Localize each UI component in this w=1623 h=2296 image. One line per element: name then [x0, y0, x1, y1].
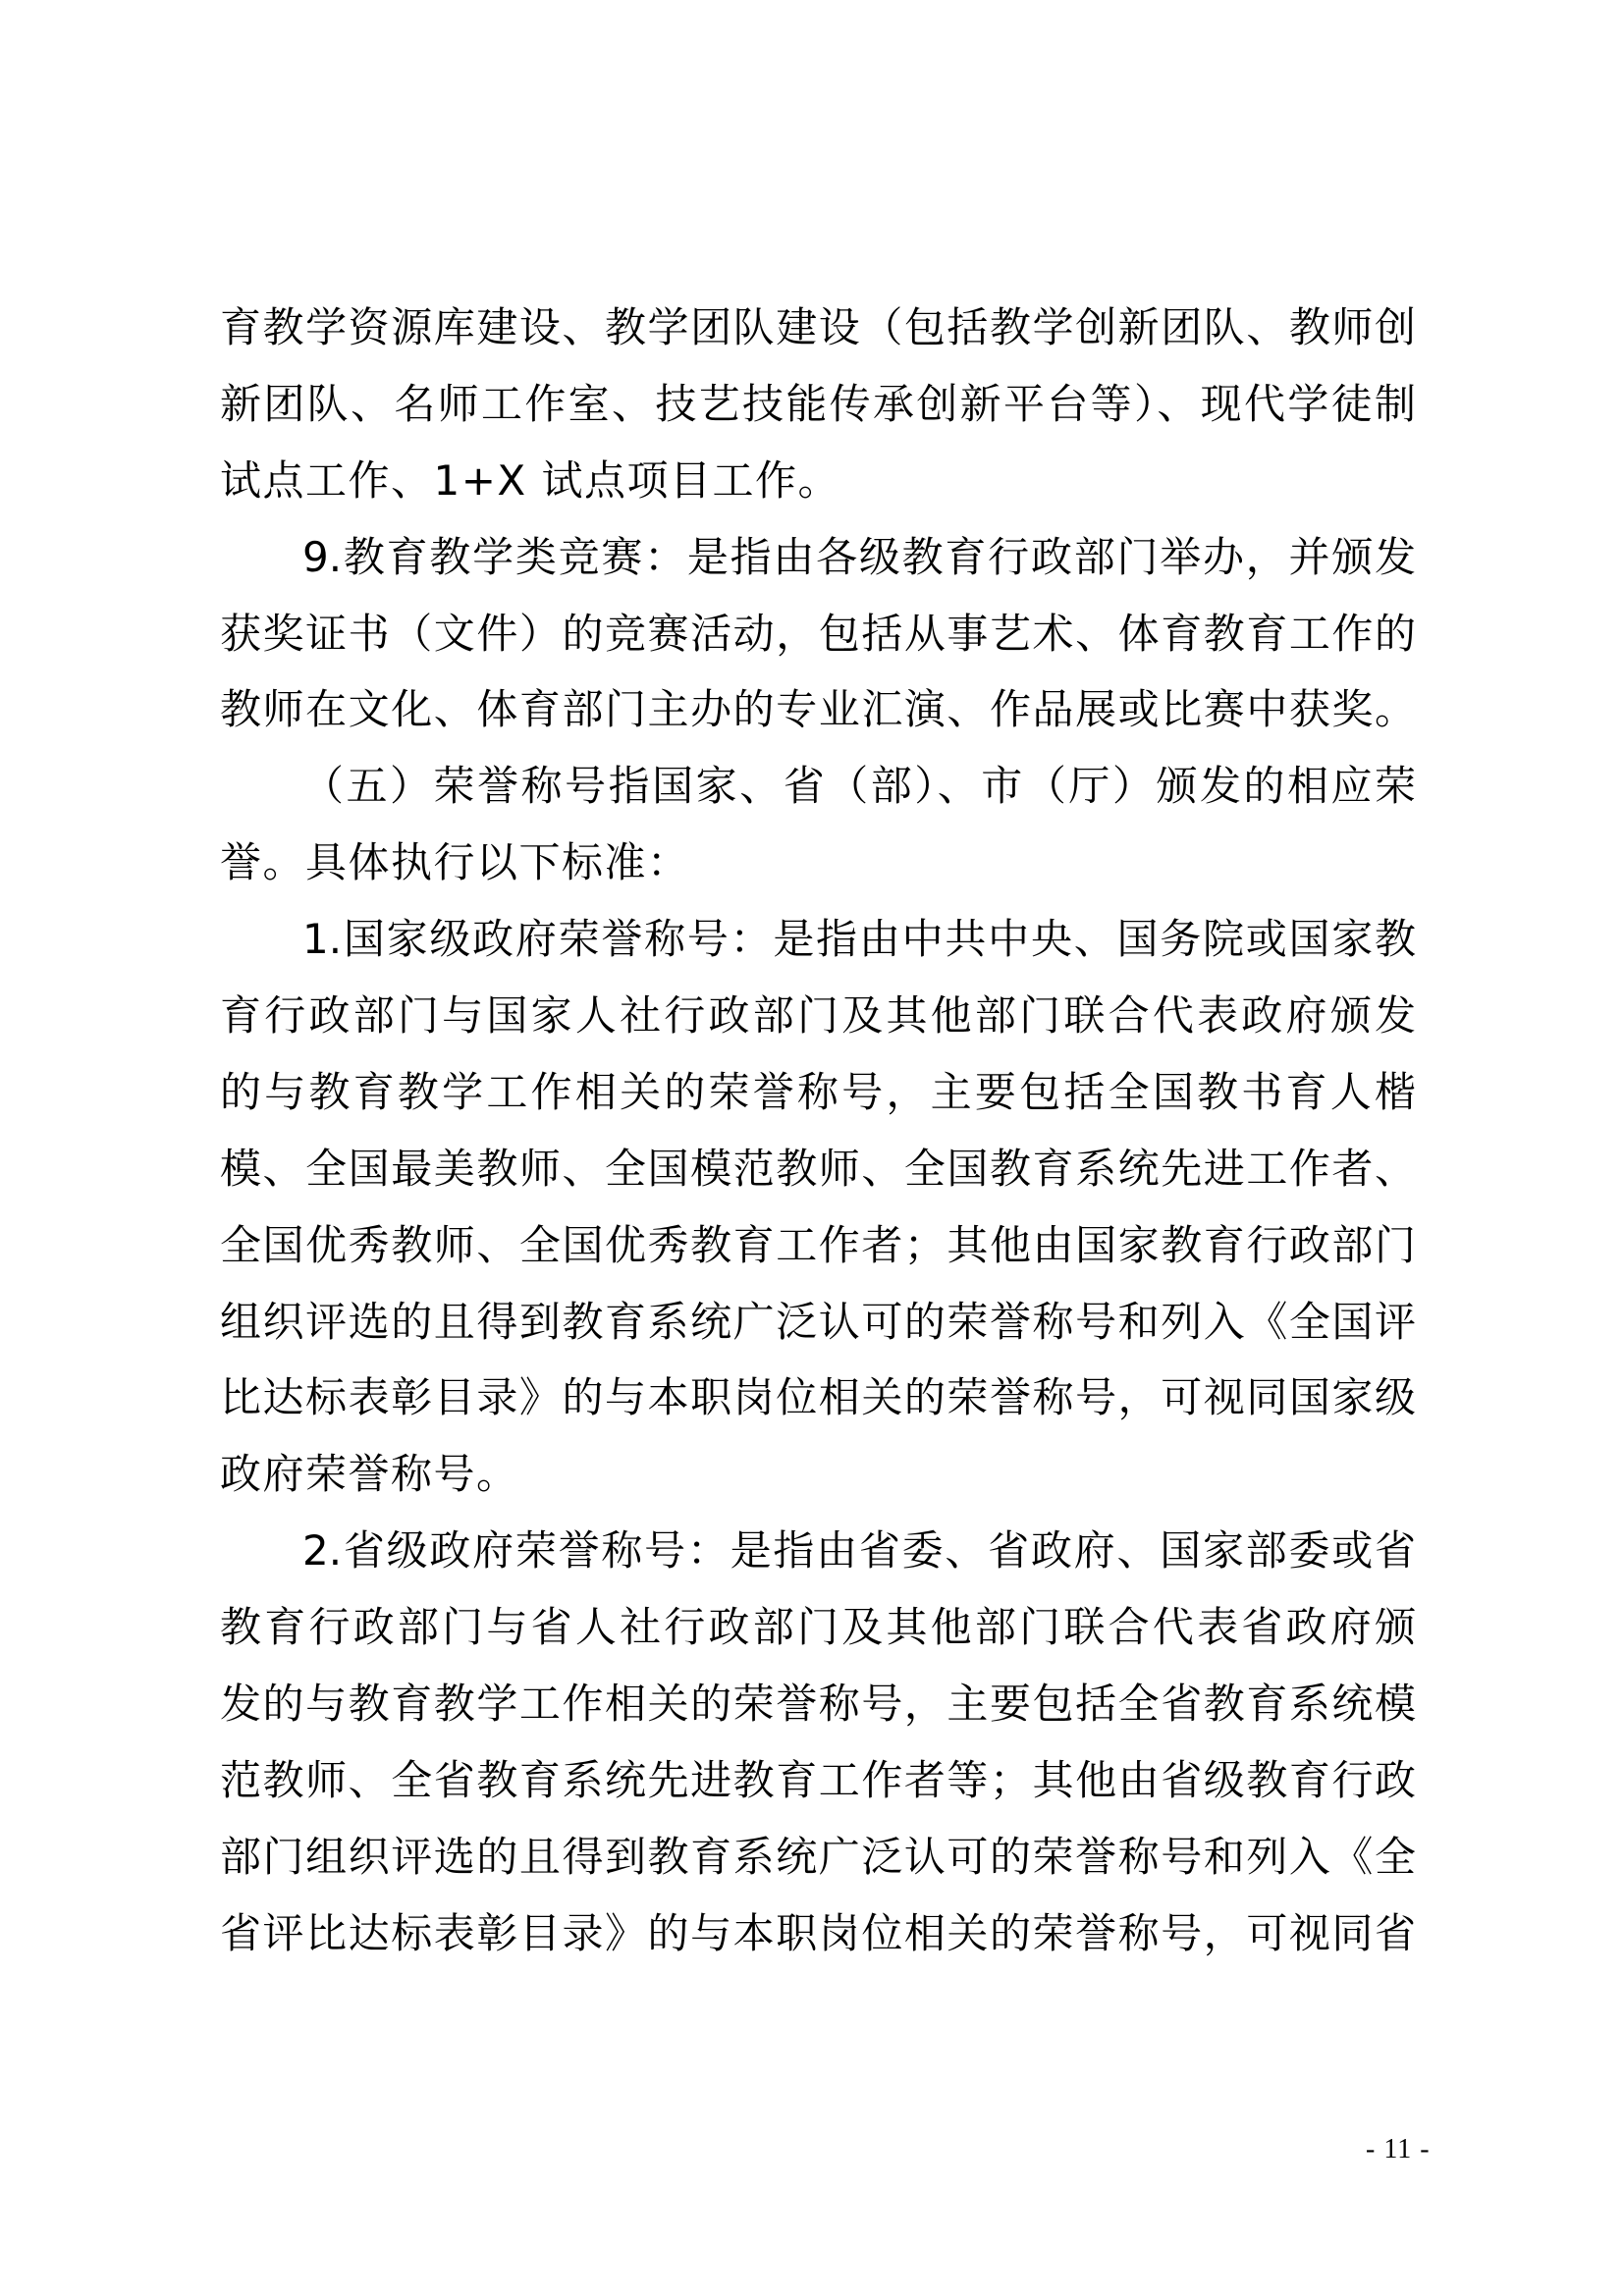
document-page: 育教学资源库建设、教学团队建设（包括教学创新团队、教师创新团队、名师工作室、技艺…: [0, 0, 1623, 2296]
text-line: 模、全国最美教师、全国模范教师、全国教育系统先进工作者、: [220, 1131, 1416, 1207]
text-line: 发的与教育教学工作相关的荣誉称号，主要包括全省教育系统模: [220, 1666, 1416, 1742]
text-line: 育教学资源库建设、教学团队建设（包括教学创新团队、教师创: [220, 290, 1416, 366]
text-line: （五）荣誉称号指国家、省（部）、市（厅）颁发的相应荣: [220, 748, 1416, 825]
text-line: 比达标表彰目录》的与本职岗位相关的荣誉称号，可视同国家级: [220, 1360, 1416, 1436]
text-line: 政府荣誉称号。: [220, 1436, 1416, 1513]
text-line: 省评比达标表彰目录》的与本职岗位相关的荣誉称号，可视同省: [220, 1896, 1416, 1972]
text-line: 范教师、全省教育系统先进教育工作者等；其他由省级教育行政: [220, 1742, 1416, 1819]
text-line: 1.国家级政府荣誉称号：是指由中共中央、国务院或国家教: [220, 901, 1416, 978]
page-number: - 11 -: [1366, 2134, 1431, 2165]
text-line: 新团队、名师工作室、技艺技能传承创新平台等）、现代学徒制: [220, 366, 1416, 443]
text-line: 组织评选的且得到教育系统广泛认可的荣誉称号和列入《全国评: [220, 1284, 1416, 1361]
text-line: 部门组织评选的且得到教育系统广泛认可的荣誉称号和列入《全: [220, 1819, 1416, 1896]
text-line: 全国优秀教师、全国优秀教育工作者；其他由国家教育行政部门: [220, 1207, 1416, 1284]
text-line: 育行政部门与国家人社行政部门及其他部门联合代表政府颁发: [220, 978, 1416, 1054]
text-line: 试点工作、1+X 试点项目工作。: [220, 443, 1416, 519]
text-line: 教师在文化、体育部门主办的专业汇演、作品展或比赛中获奖。: [220, 671, 1416, 748]
text-line: 2.省级政府荣誉称号：是指由省委、省政府、国家部委或省: [220, 1513, 1416, 1589]
text-line: 的与教育教学工作相关的荣誉称号，主要包括全国教书育人楷: [220, 1054, 1416, 1131]
text-line: 获奖证书（文件）的竞赛活动，包括从事艺术、体育教育工作的: [220, 596, 1416, 672]
text-line: 誉。具体执行以下标准：: [220, 825, 1416, 901]
document-body: 育教学资源库建设、教学团队建设（包括教学创新团队、教师创新团队、名师工作室、技艺…: [220, 290, 1416, 1972]
text-line: 教育行政部门与省人社行政部门及其他部门联合代表省政府颁: [220, 1589, 1416, 1666]
text-line: 9.教育教学类竞赛：是指由各级教育行政部门举办，并颁发: [220, 519, 1416, 596]
